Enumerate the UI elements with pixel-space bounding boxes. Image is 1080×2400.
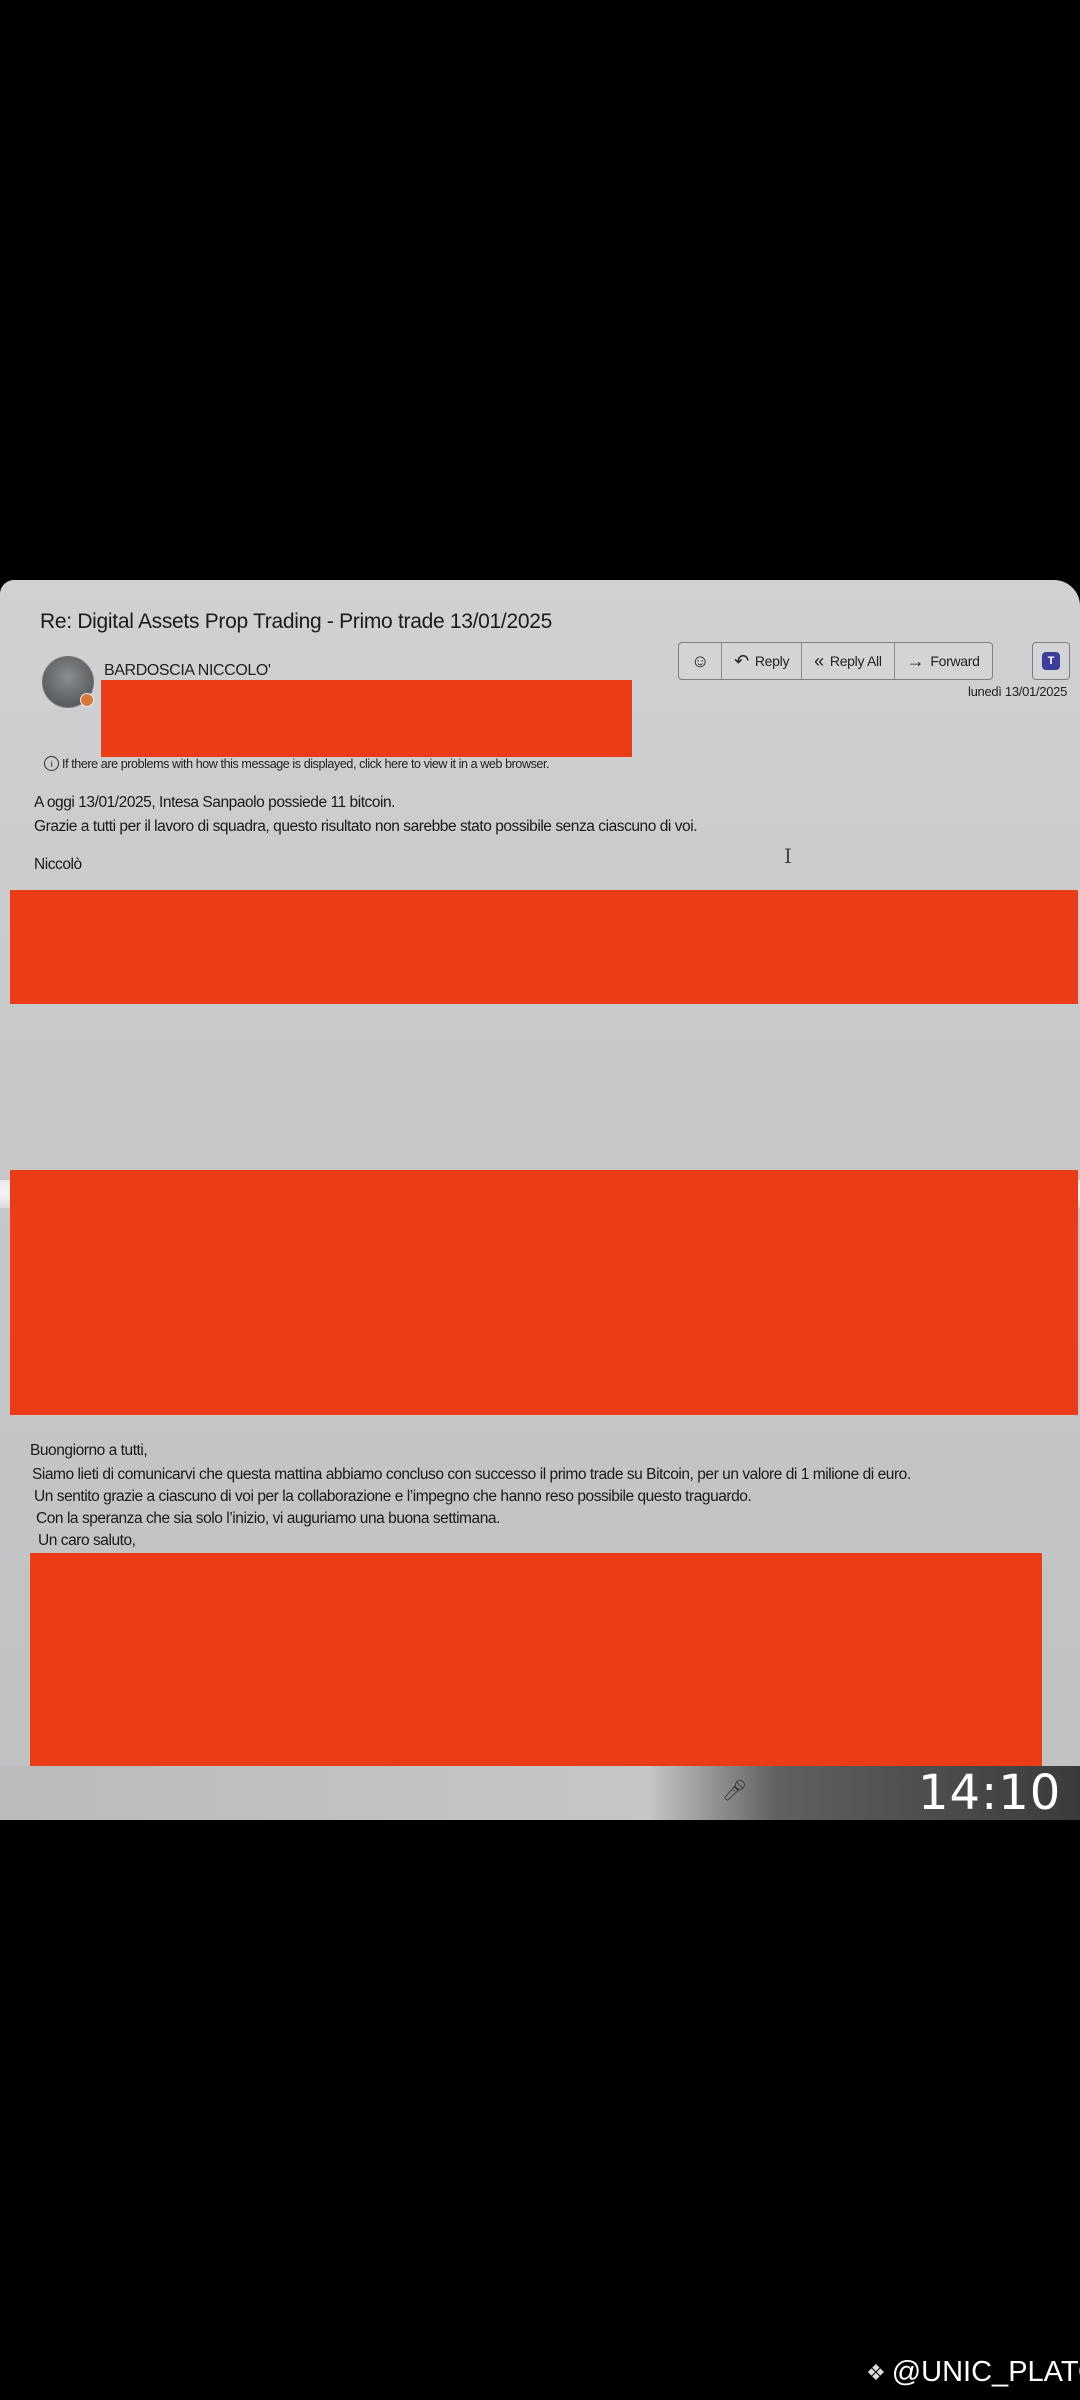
redacted-block xyxy=(10,890,1078,1004)
message-toolbar: ☺ ↶Reply «Reply All →Forward xyxy=(678,642,993,680)
microphone-icon[interactable]: 🎤︎ xyxy=(722,1778,747,1803)
quoted-line: Buongiorno a tutti, xyxy=(30,1442,147,1460)
email-date: lunedì 13/01/2025 xyxy=(968,684,1067,699)
reply-icon: ↶ xyxy=(734,651,749,672)
text-cursor-icon: I xyxy=(784,844,792,868)
teams-button[interactable]: T xyxy=(1032,642,1070,680)
reply-all-icon: « xyxy=(814,651,824,672)
binance-logo-icon: ❖ xyxy=(866,2360,886,2386)
reply-all-button[interactable]: «Reply All xyxy=(802,643,895,679)
redacted-recipients xyxy=(101,680,632,757)
video-clock: 14:10 xyxy=(918,1765,1061,1820)
teams-icon: T xyxy=(1042,652,1060,670)
reply-button[interactable]: ↶Reply xyxy=(722,643,802,679)
quoted-line: Un caro saluto, xyxy=(38,1532,136,1550)
quoted-line: Con la speranza che sia solo l’inizio, v… xyxy=(36,1510,500,1528)
smiley-icon: ☺ xyxy=(691,651,709,672)
body-line: Grazie a tutti per il lavoro di squadra,… xyxy=(34,818,697,836)
info-icon: i xyxy=(44,756,59,771)
email-photo: Re: Digital Assets Prop Trading - Primo … xyxy=(0,580,1080,1820)
react-button[interactable]: ☺ xyxy=(679,643,722,679)
forward-icon: → xyxy=(907,651,925,672)
signature: Niccolò xyxy=(34,856,82,874)
quoted-line: Siamo lieti di comunicarvi che questa ma… xyxy=(32,1466,911,1484)
watermark: ❖ @UNIC_PLATO xyxy=(866,2356,1080,2389)
quoted-line: Un sentito grazie a ciascuno di voi per … xyxy=(34,1488,751,1506)
info-bar[interactable]: i If there are problems with how this me… xyxy=(44,756,549,771)
forward-button[interactable]: →Forward xyxy=(895,643,992,679)
presence-status-icon xyxy=(80,693,94,707)
body-line: A oggi 13/01/2025, Intesa Sanpaolo possi… xyxy=(34,794,395,812)
email-subject: Re: Digital Assets Prop Trading - Primo … xyxy=(40,610,552,634)
redacted-block xyxy=(10,1170,1078,1415)
redacted-block xyxy=(30,1553,1042,1775)
sender-name: BARDOSCIA NICCOLO' xyxy=(104,662,271,680)
